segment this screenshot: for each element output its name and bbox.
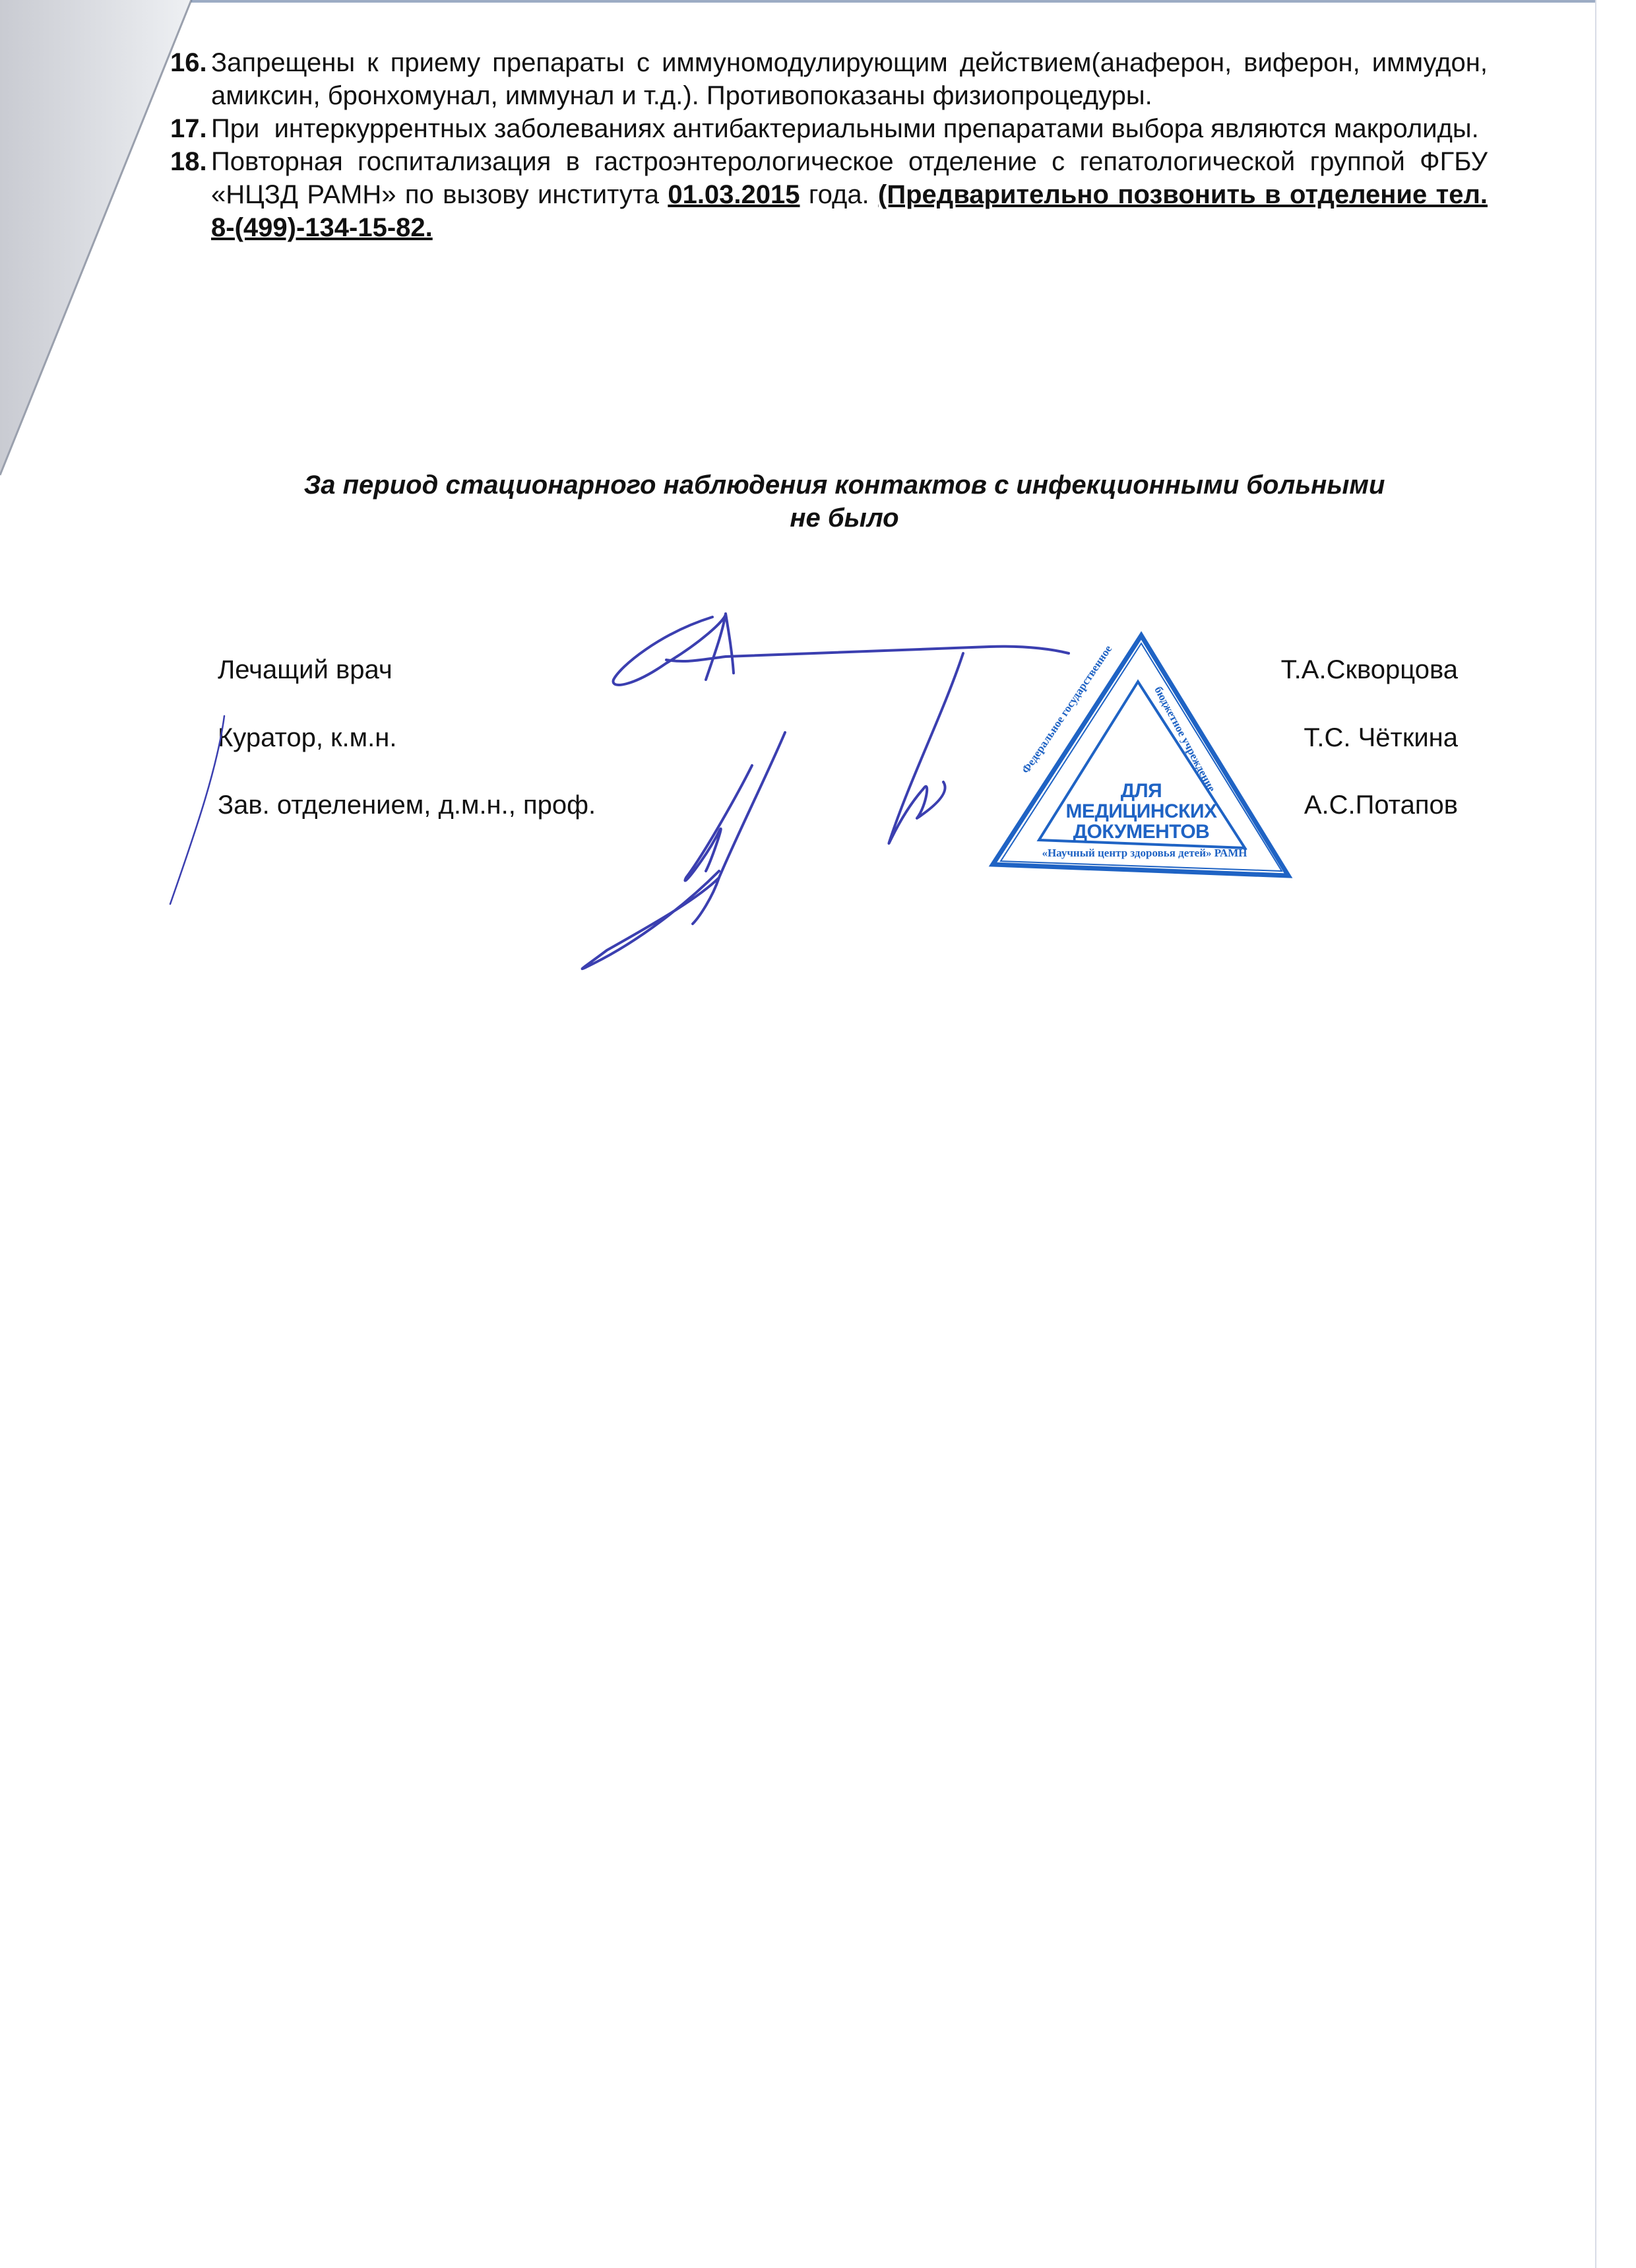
list-item: 16. Запрещены к приему препараты с иммун… (170, 46, 1488, 112)
item-number: 18. (170, 145, 211, 244)
scan-right-edge (1595, 0, 1636, 2268)
item-text: Повторная госпитализация в гастроэнтерол… (211, 145, 1488, 244)
item-text: При интеркуррентных заболеваниях антибак… (211, 112, 1488, 145)
stamp-line: ДОКУМЕНТОВ (986, 822, 1296, 842)
signature-role: Лечащий врач (218, 653, 393, 686)
item-text: Запрещены к приему препараты с иммуномод… (211, 46, 1488, 112)
infection-contact-notice: За период стационарного наблюдения конта… (198, 469, 1491, 535)
official-stamp: Федеральное государственное бюджетное уч… (986, 630, 1296, 881)
signature-role: Зав. отделением, д.м.н., проф. (218, 789, 596, 822)
scan-top-edge (191, 0, 1596, 3)
stamp-line: МЕДИЦИНСКИХ (986, 801, 1296, 822)
stamp-bottom-text: «Научный центр здоровья детей» РАМН (999, 847, 1290, 860)
handwritten-signatures (0, 0, 1636, 2268)
list-item: 17. При интеркуррентных заболеваниях ант… (170, 112, 1488, 145)
list-item: 18. Повторная госпитализация в гастроэнт… (170, 145, 1488, 244)
stamp-line: ДЛЯ (986, 781, 1296, 801)
signature-role: Куратор, к.м.н. (218, 721, 396, 754)
item-number: 16. (170, 46, 211, 112)
readmission-date: 01.03.2015 (668, 180, 800, 209)
signature-name: Т.А.Скворцова (1281, 653, 1458, 686)
signature-head-icon (582, 732, 785, 969)
stamp-center-text: ДЛЯ МЕДИЦИНСКИХ ДОКУМЕНТОВ (986, 781, 1296, 842)
page-fold-shadow (0, 0, 1636, 2268)
signature-name: Т.С. Чёткина (1304, 721, 1458, 754)
notice-line-2: не было (198, 502, 1491, 535)
recommendations-list: 16. Запрещены к приему препараты с иммун… (170, 46, 1488, 244)
notice-line-1: За период стационарного наблюдения конта… (198, 469, 1491, 502)
item-text-middle: года. (800, 180, 879, 209)
signature-name: А.С.Потапов (1304, 789, 1458, 822)
signature-stroke-icon (170, 716, 224, 904)
item-number: 17. (170, 112, 211, 145)
